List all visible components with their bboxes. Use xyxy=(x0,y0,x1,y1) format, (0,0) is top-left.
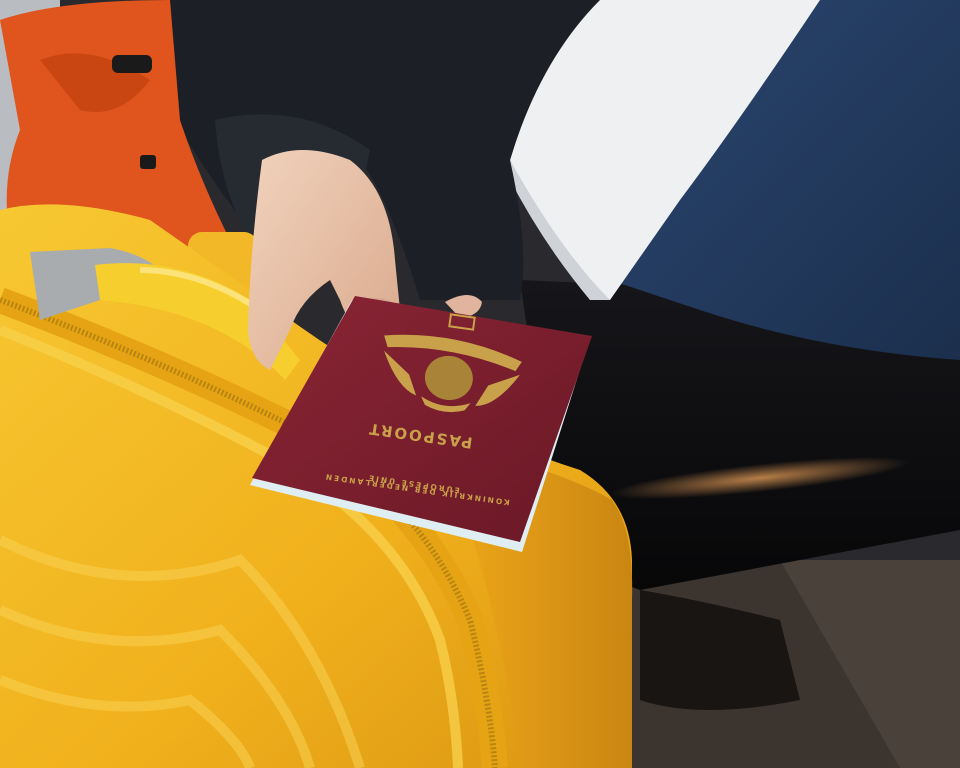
toggle-icon xyxy=(112,55,152,73)
toggle-icon xyxy=(140,155,156,169)
photo-illustration: PASPOORT KONINKRIJK DER NEDERLANDEN EURO… xyxy=(0,0,960,768)
photo-scene: PASPOORT KONINKRIJK DER NEDERLANDEN EURO… xyxy=(0,0,960,768)
